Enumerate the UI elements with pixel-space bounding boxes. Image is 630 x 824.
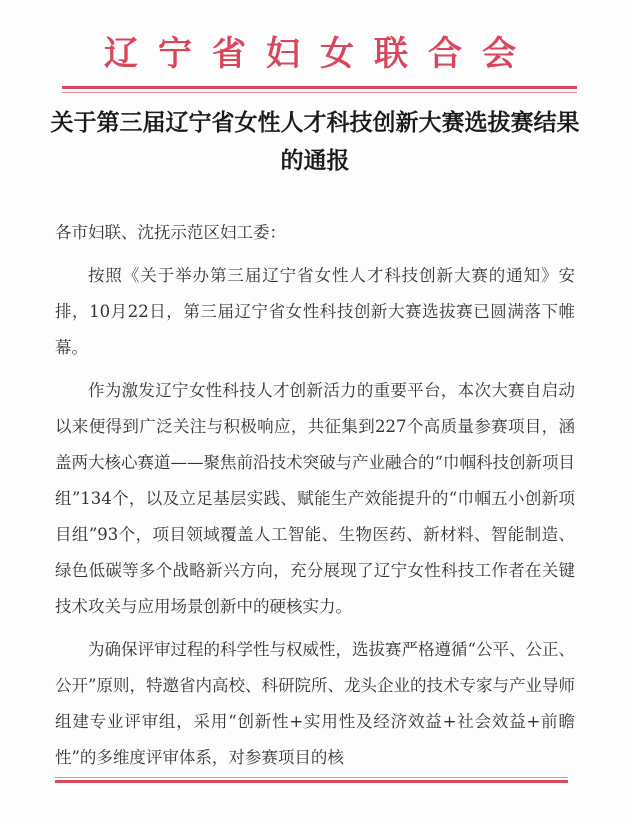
- footer-rule-thick: [55, 780, 568, 783]
- salutation: 各市妇联、沈抚示范区妇工委：: [55, 215, 575, 251]
- paragraph-2: 作为激发辽宁女性科技人才创新活力的重要平台，本次大赛自启动以来便得到广泛关注与积…: [55, 373, 575, 625]
- paragraph-1: 按照《关于举办第三届辽宁省女性人才科技创新大赛的通知》安排，10月22日，第三届…: [55, 258, 575, 366]
- document-body: 各市妇联、沈抚示范区妇工委： 按照《关于举办第三届辽宁省女性人才科技创新大赛的通…: [55, 215, 575, 776]
- paragraph-3: 为确保评审过程的科学性与权威性，选拔赛严格遵循“公平、公正、公开”原则，特邀省内…: [55, 632, 575, 776]
- header-rule-thin: [62, 92, 577, 93]
- header-rule-thick: [62, 86, 577, 89]
- letterhead-organization: 辽宁省妇女联合会: [0, 34, 630, 74]
- footer-rule-thin: [55, 777, 568, 778]
- document-title: 关于第三届辽宁省女性人才科技创新大赛选拔赛结果的通报: [40, 104, 590, 180]
